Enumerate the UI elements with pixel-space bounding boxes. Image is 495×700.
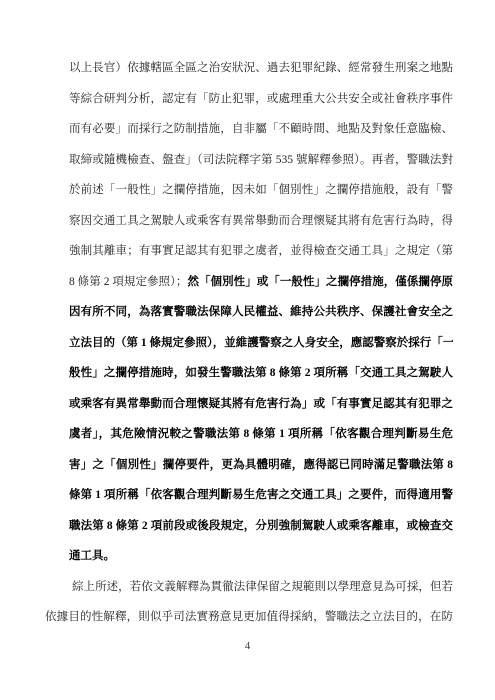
text-segment: 強制其離車；有事實足認其有犯罪之虞者，並得檢查交通工具」之規定（第 [69, 245, 453, 257]
text-line: 而有必要」而採行之防制措施，自非屬「不顧時間、地點及對象任意臨檢、 [69, 114, 453, 145]
text-segment-bold: 般性」之攔停措施時，如發生警職法第 8 條第 2 項所稱「交通工具之駕駛人 [69, 367, 453, 379]
text-line: 8 條第 2 項規定參照）；然「個別性」或「一般性」之攔停措施，僅係攔停原 [69, 267, 453, 298]
page-number: 4 [0, 636, 495, 656]
text-segment-bold: 通工具。 [69, 550, 115, 562]
text-line: 通工具。 [69, 541, 453, 572]
text-line: 強制其離車；有事實足認其有犯罪之虞者，並得檢查交通工具」之規定（第 [69, 236, 453, 267]
text-line: 依據目的性解釋，則似乎司法實務意見更加值得採納，警職法之立法目的，在防 [45, 602, 453, 633]
text-line: 條第 1 項所稱「依客觀合理判斷易生危害之交通工具」之要件，而得適用警 [69, 480, 453, 511]
text-line: 等綜合研判分析，認定有「防止犯罪，或處理重大公共安全或社會秩序事件 [69, 84, 453, 115]
text-line: 因有所不同，為落實警職法保障人民權益、維持公共秩序、保護社會安全之 [69, 297, 453, 328]
text-segment-bold: 職法第 8 條第 2 項前段或後段規定，分別強制駕駛人或乘客離車，或檢查交 [69, 520, 453, 532]
text-segment-bold: 虞者」，其危險情況較之警職法第 8 條第 1 項所稱「依客觀合理判斷易生危 [69, 428, 453, 440]
text-segment-bold: 立法目的（第 1 條規定參照），並維護警察之人身安全，應認警察於採行「一 [69, 337, 453, 349]
text-line: 以上長官）依據轄區全區之治安狀況、過去犯罪紀錄、經常發生刑案之地點 [69, 53, 453, 84]
text-segment-bold: 因有所不同，為落實警職法保障人民權益、維持公共秩序、保護社會安全之 [69, 306, 453, 318]
text-line: 於前述「一般性」之攔停措施，因未如「個別性」之攔停措施般，設有「警 [69, 175, 453, 206]
document-page: 以上長官）依據轄區全區之治安狀況、過去犯罪紀錄、經常發生刑案之地點 等綜合研判分… [0, 0, 495, 700]
text-line: 綜上所述，若依文義解釋為貫徹法律保留之規範則以學理意見為可採，但若 [45, 572, 453, 603]
text-segment-bold: 害」之「個別性」攔停要件，更為具體明確，應得認已同時滿足警職法第 8 [69, 459, 453, 471]
text-line: 立法目的（第 1 條規定參照），並維護警察之人身安全，應認警察於採行「一 [69, 328, 453, 359]
text-segment: 於前述「一般性」之攔停措施，因未如「個別性」之攔停措施般，設有「警 [69, 184, 453, 196]
text-segment: 以上長官）依據轄區全區之治安狀況、過去犯罪紀錄、經常發生刑案之地點 [69, 62, 453, 74]
text-segment: 察因交通工具之駕駛人或乘客有異常舉動而合理懷疑其將有危害行為時，得 [69, 215, 453, 227]
text-line: 察因交通工具之駕駛人或乘客有異常舉動而合理懷疑其將有危害行為時，得 [69, 206, 453, 237]
text-segment: 等綜合研判分析，認定有「防止犯罪，或處理重大公共安全或社會秩序事件 [69, 93, 453, 105]
text-segment: 取締或隨機檢查、盤查」（司法院釋字第 535 號解釋參照）。再者，警職法對 [69, 154, 453, 166]
text-line: 取締或隨機檢查、盤查」（司法院釋字第 535 號解釋參照）。再者，警職法對 [69, 145, 453, 176]
body-text-block: 以上長官）依據轄區全區之治安狀況、過去犯罪紀錄、經常發生刑案之地點 等綜合研判分… [0, 53, 495, 633]
text-line: 虞者」，其危險情況較之警職法第 8 條第 1 項所稱「依客觀合理判斷易生危 [69, 419, 453, 450]
text-segment-bold: 或乘客有異常舉動而合理懷疑其將有危害行為」或「有事實足認其有犯罪之 [69, 398, 453, 410]
text-line: 職法第 8 條第 2 項前段或後段規定，分別強制駕駛人或乘客離車，或檢查交 [69, 511, 453, 542]
text-line: 或乘客有異常舉動而合理懷疑其將有危害行為」或「有事實足認其有犯罪之 [69, 389, 453, 420]
text-line: 害」之「個別性」攔停要件，更為具體明確，應得認已同時滿足警職法第 8 [69, 450, 453, 481]
text-segment-bold: 條第 1 項所稱「依客觀合理判斷易生危害之交通工具」之要件，而得適用警 [69, 489, 453, 501]
text-segment-bold: 然「個別性」或「一般性」之攔停措施，僅係攔停原 [187, 276, 453, 288]
text-segment: 綜上所述，若依文義解釋為貫徹法律保留之規範則以學理意見為可採，但若 [72, 581, 453, 593]
text-line: 般性」之攔停措施時，如發生警職法第 8 條第 2 項所稱「交通工具之駕駛人 [69, 358, 453, 389]
text-segment: 而有必要」而採行之防制措施，自非屬「不顧時間、地點及對象任意臨檢、 [69, 123, 453, 135]
text-segment: 8 條第 2 項規定參照）； [69, 276, 187, 288]
text-segment: 依據目的性解釋，則似乎司法實務意見更加值得採納，警職法之立法目的，在防 [45, 611, 453, 623]
